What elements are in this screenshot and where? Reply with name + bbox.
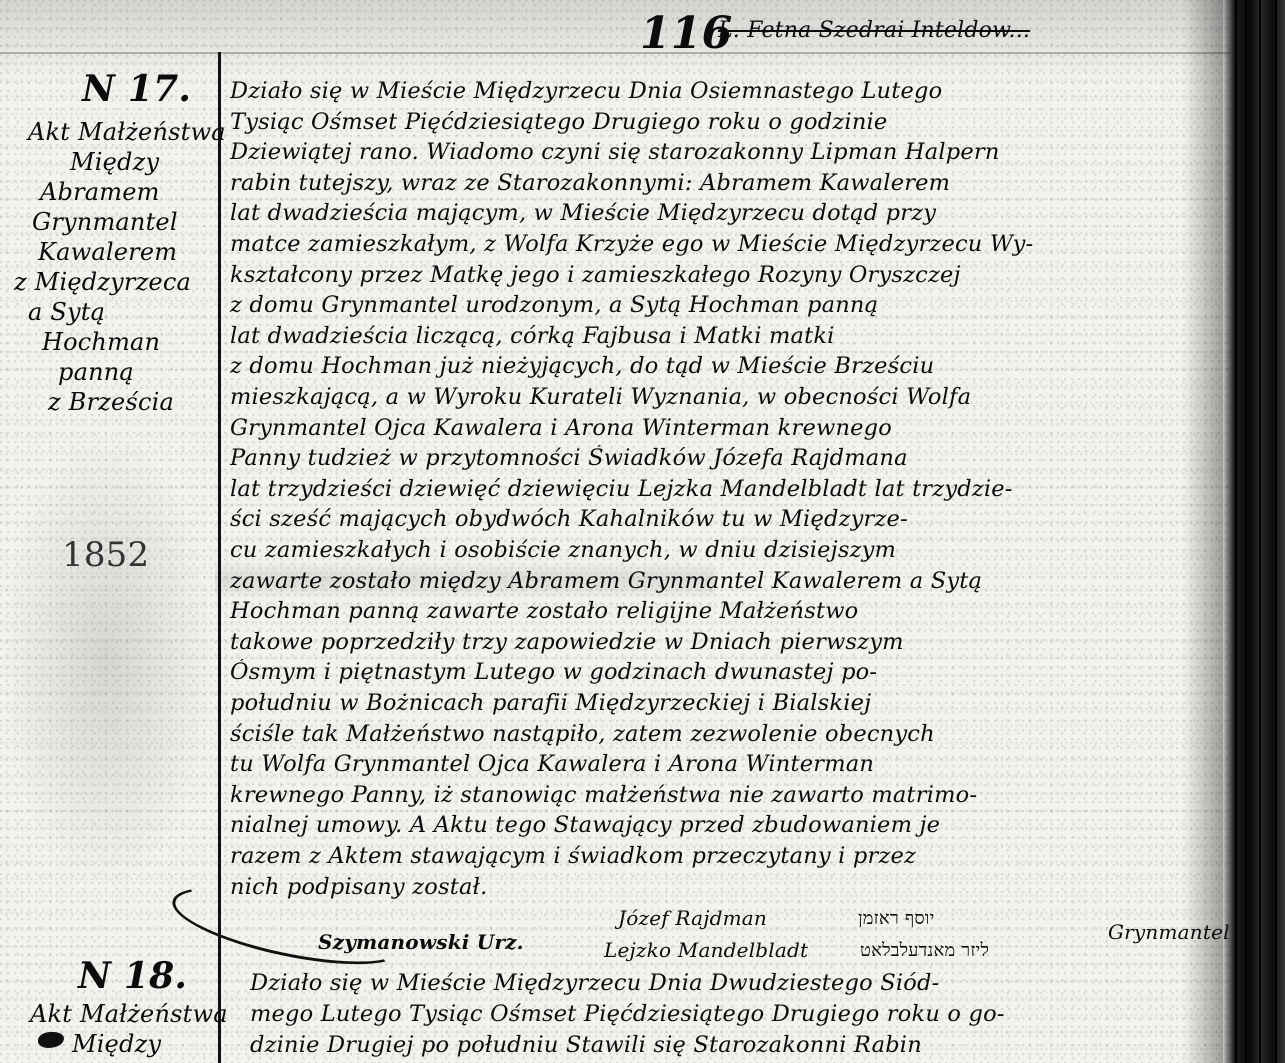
record-text-line: Ósmym i piętnastym Lutego w godzinach dw… — [230, 659, 1190, 685]
record-text-line: nialnej umowy. A Aktu tego Stawający prz… — [230, 812, 1190, 838]
record-text-line: lat dwadzieścia liczącą, córką Fajbusa i… — [230, 323, 1190, 349]
margin-text-line: z Międzyrzeca — [14, 268, 191, 296]
record-text-line: z domu Hochman już nieżyjących, do tąd w… — [230, 353, 1190, 379]
record-text-line: matce zamieszkałym, z Wolfa Krzyże ego w… — [230, 231, 1190, 257]
record-text-line: Działo się w Mieście Międzyrzecu Dnia Dw… — [250, 970, 1210, 996]
margin-text-line: panną — [58, 358, 134, 386]
record-text-line: krewnego Panny, iż stanowiąc małżeństwa … — [230, 782, 1190, 808]
binding-line — [1235, 0, 1237, 1063]
signature-witness-2: Lejzko Mandelbladt — [604, 938, 808, 962]
margin-text-line: a Sytą — [28, 298, 105, 326]
margin-text-line: Między — [70, 148, 159, 176]
record-text-line: kształcony przez Matkę jego i zamieszkał… — [230, 262, 1190, 288]
record-text-line: Dziewiątej rano. Wiadomo czyni się staro… — [230, 139, 1190, 165]
hebrew-signature-1: יוסף ראזמן — [858, 908, 935, 929]
struck-header-text: L. Fetna Szedrai Inteldow... — [718, 18, 1030, 43]
margin-text-line: Akt Małżeństwa — [28, 118, 226, 146]
margin-text-line: Kawalerem — [38, 238, 177, 266]
record-text-line: mieszkającą, a w Wyroku Kurateli Wyznani… — [230, 384, 1190, 410]
record-text-line: cu zamieszkałych i osobiście znanych, w … — [230, 537, 1190, 563]
record-text-line: tu Wolfa Grynmantel Ojca Kawalera i Aron… — [230, 751, 1190, 777]
record-text-line: nich podpisany został. — [230, 874, 1190, 900]
record-text-line: z domu Grynmantel urodzonym, a Sytą Hoch… — [230, 292, 1190, 318]
record-text-line: Hochman panną zawarte zostało religijne … — [230, 598, 1190, 624]
record-text-line: dzinie Drugiej po południu Stawili się S… — [250, 1032, 1210, 1058]
year-annotation: 1852 — [62, 535, 149, 575]
top-ruled-line — [0, 52, 1230, 54]
record-text-line: ści sześć mających obydwóch Kahalników t… — [230, 506, 1190, 532]
record-text-line: rabin tutejszy, wraz ze Starozakonnymi: … — [230, 170, 1190, 196]
binding-line — [1275, 0, 1277, 1063]
record-text-line: razem z Aktem stawającym i świadkom prze… — [230, 843, 1190, 869]
margin-text-line: Akt Małżeństwa — [30, 1000, 228, 1028]
binding-line — [1245, 0, 1247, 1063]
record-text-line: ściśle tak Małżeństwo nastąpiło, zatem z… — [230, 721, 1190, 747]
record-text-line: mego Lutego Tysiąc Ośmset Pięćdziesiąteg… — [250, 1001, 1210, 1027]
entry-number: N 17. — [82, 68, 191, 110]
margin-text-line: Abramem — [40, 178, 160, 206]
margin-text-line: z Brześcia — [48, 388, 174, 416]
record-text-line: lat dwadzieścia mającym, w Mieście Międz… — [230, 200, 1190, 226]
record-text-line: Panny tudzież w przytomności Świadków Jó… — [230, 445, 1190, 471]
entry-number: N 18. — [78, 955, 187, 997]
book-binding-edge — [1223, 0, 1285, 1063]
scan-shading — [0, 430, 215, 890]
record-text-line: lat trzydzieści dziewięć dziewięciu Lejz… — [230, 476, 1190, 502]
binding-line — [1259, 0, 1261, 1063]
signature-groom: Grynmantel — [1108, 920, 1230, 944]
record-text-line: takowe poprzedziły trzy zapowiedzie w Dn… — [230, 629, 1190, 655]
record-text-line: południu w Bożnicach parafii Międzyrzeck… — [230, 690, 1190, 716]
record-text-line: Działo się w Mieście Międzyrzecu Dnia Os… — [230, 78, 1190, 104]
margin-text-line: Hochman — [42, 328, 160, 356]
hebrew-signature-2: ליזר מאנדעלבלאט — [860, 940, 989, 961]
record-text-line: Tysiąc Ośmset Pięćdziesiątego Drugiego r… — [230, 109, 1190, 135]
signature-witness-1: Józef Rajdman — [618, 906, 767, 930]
record-text-line: zawarte zostało między Abramem Grynmante… — [230, 568, 1190, 594]
record-text-line: Grynmantel Ojca Kawalera i Arona Winterm… — [230, 415, 1190, 441]
margin-text-line: Grynmantel — [32, 208, 178, 236]
margin-text-line: Między — [72, 1030, 161, 1058]
